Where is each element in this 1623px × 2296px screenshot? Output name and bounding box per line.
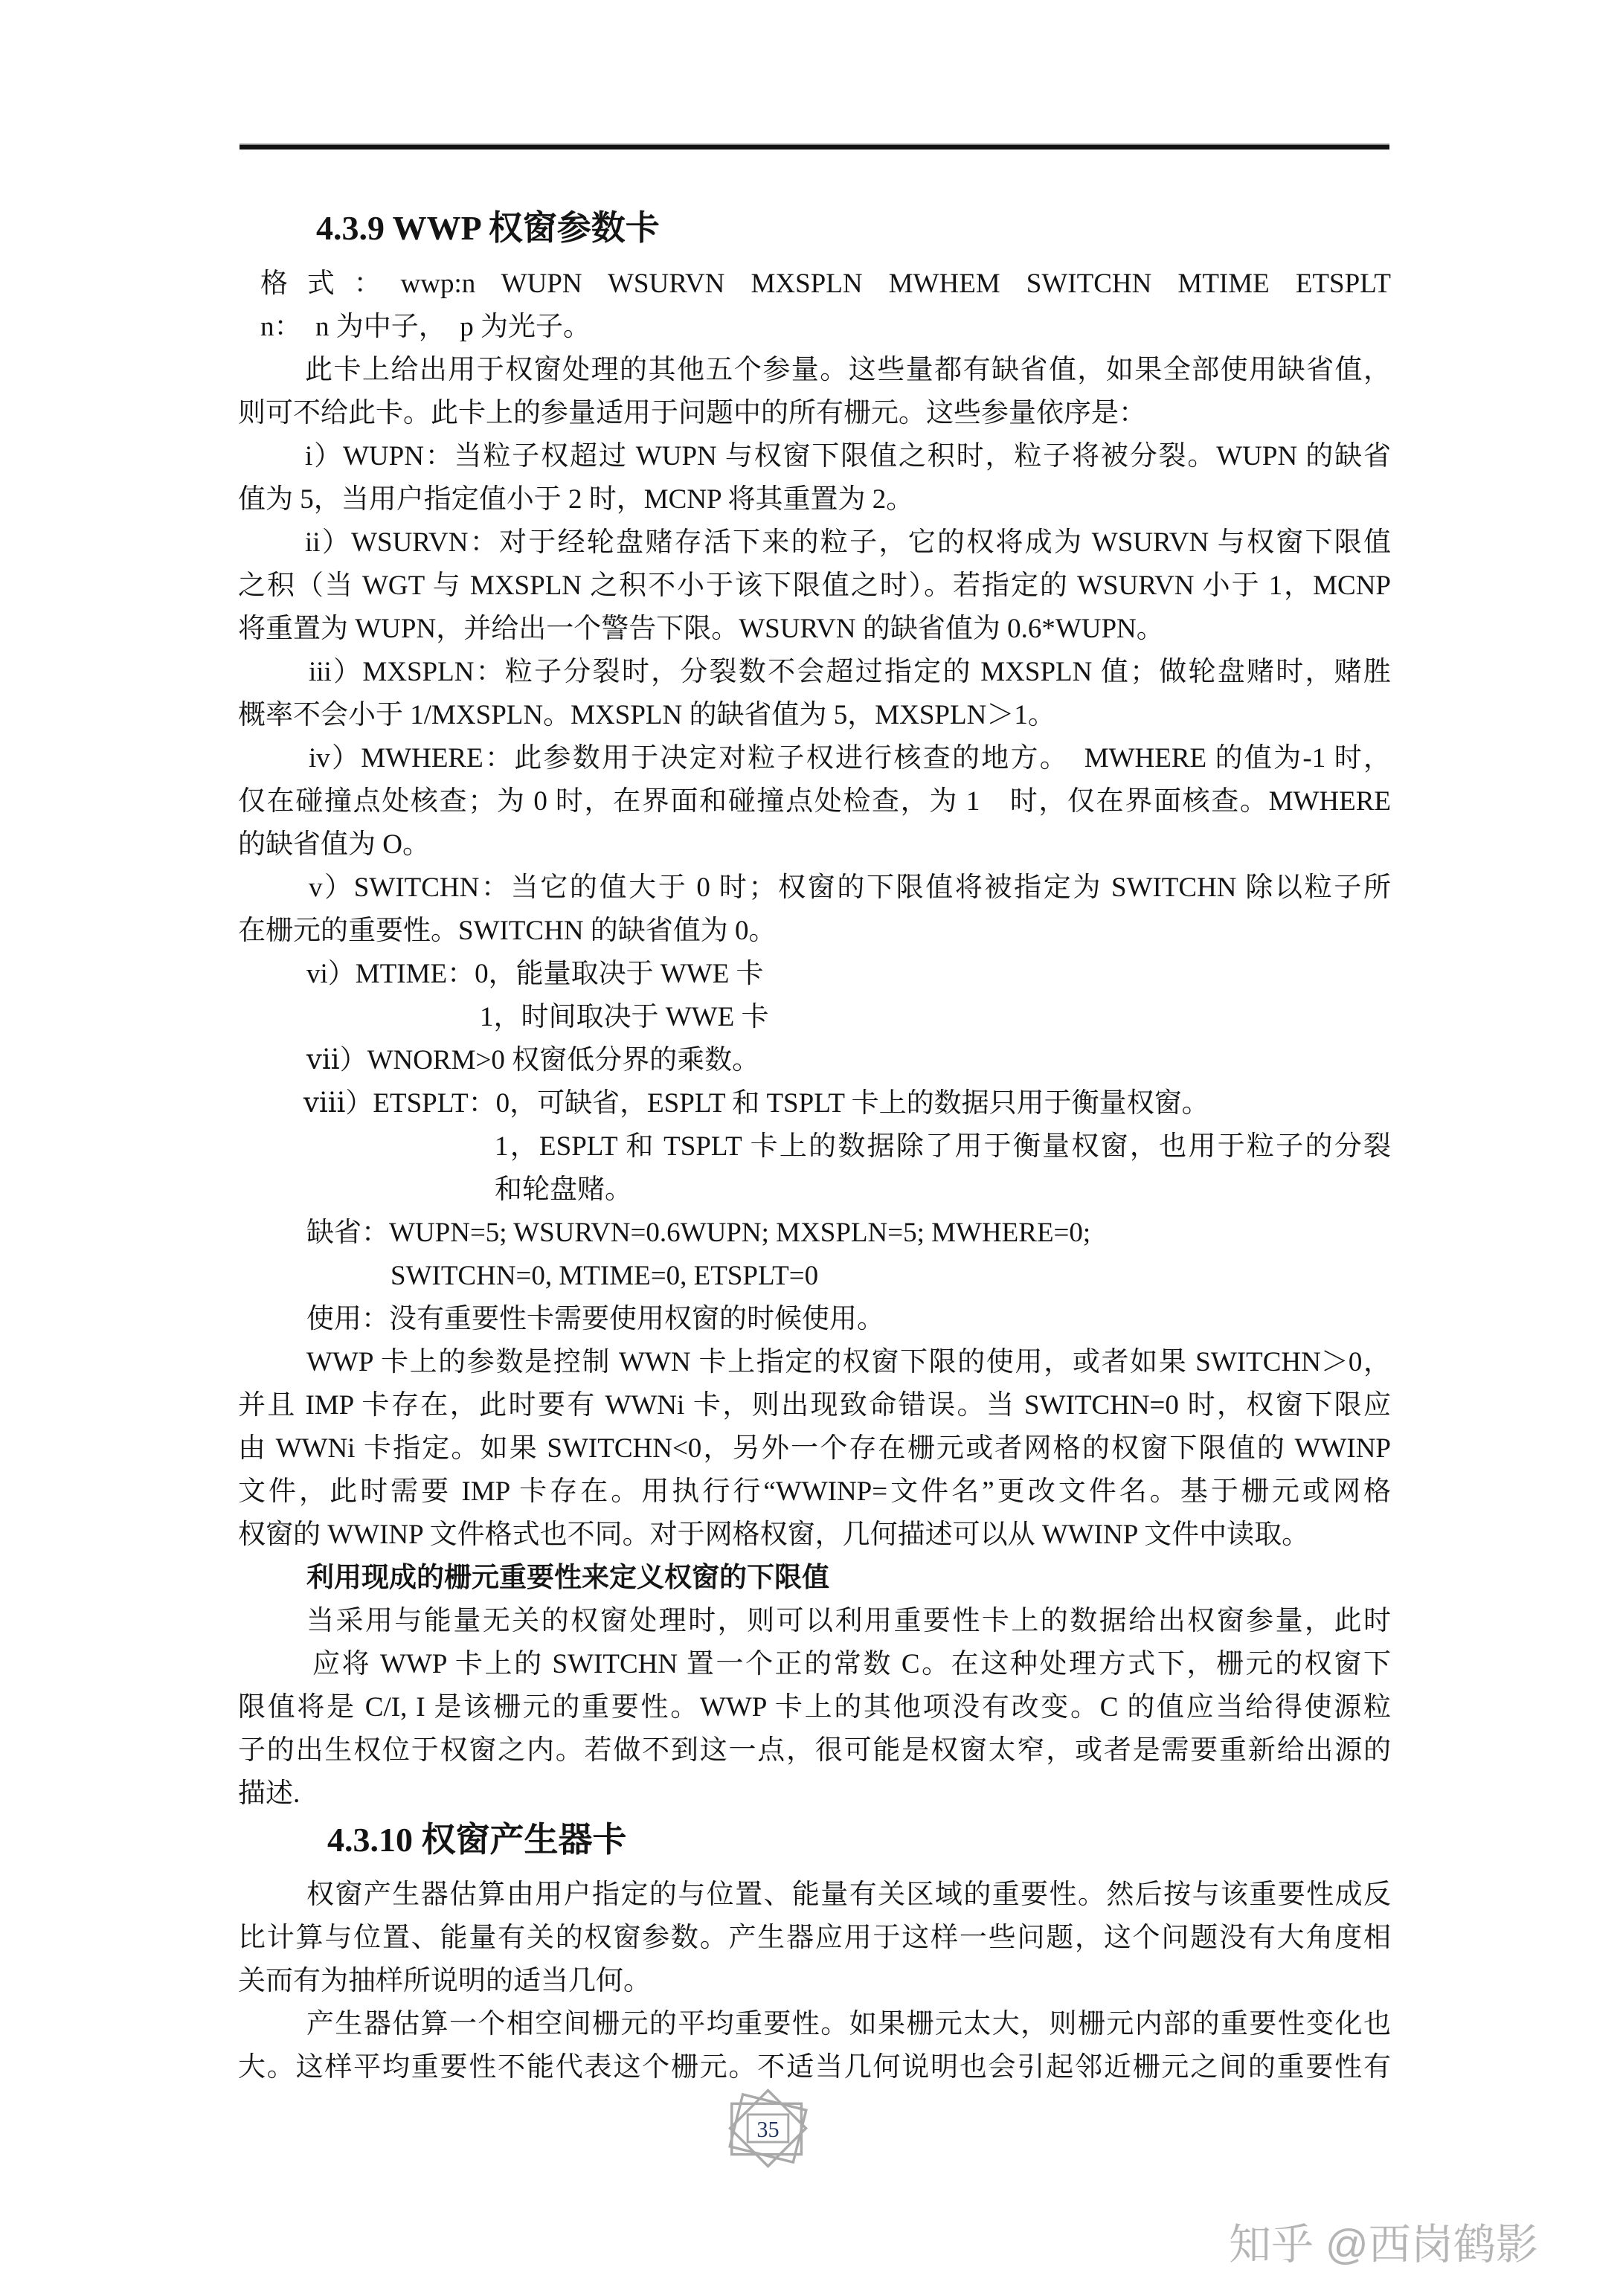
header-rule xyxy=(240,144,1389,149)
text-line: 描述. xyxy=(238,1772,1391,1816)
text-line: 限值将是 C/I, I 是该栅元的重要性。WWP 卡上的其他项没有改变。C 的值… xyxy=(238,1686,1391,1729)
text-line: 的缺省值为 O。 xyxy=(238,823,1391,866)
section-heading: 4.3.9 WWP 权窗参数卡 xyxy=(316,204,1391,253)
text-line: ii）WSURVN：对于经轮盘赌存活下来的粒子，它的权将成为 WSURVN 与权… xyxy=(305,521,1391,565)
text-line: 在栅元的重要性。SWITCHN 的缺省值为 0。 xyxy=(238,910,1391,953)
page-number-ornament: 35 xyxy=(723,2085,814,2173)
text-line: 和轮盘赌。 xyxy=(495,1168,1391,1212)
text-line: 1，ESPLT 和 TSPLT 卡上的数据除了用于衡量权窗，也用于粒子的分裂 xyxy=(495,1125,1391,1168)
text-line: SWITCHN=0, MTIME=0, ETSPLT=0 xyxy=(391,1255,1391,1298)
page-number: 35 xyxy=(756,2117,779,2142)
text-line: 并且 IMP 卡存在，此时要有 WWNi 卡，则出现致命错误。当 SWITCHN… xyxy=(238,1384,1391,1427)
text-line: v）SWITCHN：当它的值大于 0 时；权窗的下限值将被指定为 SWITCHN… xyxy=(309,866,1391,910)
text-line: n： n 为中子， p 为光子。 xyxy=(260,306,1391,349)
star-ornament-icon: 35 xyxy=(723,2085,814,2173)
text-line: 值为 5，当用户指定值小于 2 时，MCNP 将其重置为 2。 xyxy=(238,478,1391,521)
text-line: 权窗的 WWINP 文件格式也不同。对于网格权窗，几何描述可以从 WWINP 文… xyxy=(238,1514,1391,1557)
text-line: 则可不给此卡。此卡上的参量适用于问题中的所有栅元。这些参量依序是： xyxy=(238,392,1391,435)
text-line: 比计算与位置、能量有关的权窗参数。产生器应用于这样一些问题，这个问题没有大角度相 xyxy=(238,1917,1391,1960)
text-line: WWP 卡上的参数是控制 WWN 卡上指定的权窗下限的使用，或者如果 SWITC… xyxy=(306,1341,1391,1384)
text-line: 仅在碰撞点处核查；为 0 时，在界面和碰撞点处检查，为 1 时，仅在界面核查。M… xyxy=(238,780,1391,823)
text-line: 利用现成的栅元重要性来定义权窗的下限值 xyxy=(306,1557,1391,1600)
text-line: vi）MTIME：0，能量取决于 WWE 卡 xyxy=(306,953,1391,996)
text-line: ⅷ）ETSPLT：0，可缺省，ESPLT 和 TSPLT 卡上的数据只用于衡量权… xyxy=(303,1082,1391,1125)
text-line: 使用：没有重要性卡需要使用权窗的时候使用。 xyxy=(306,1298,1391,1341)
text-line: 关而有为抽样所说明的适当几何。 xyxy=(238,1960,1391,2003)
section-heading: 4.3.10 权窗产生器卡 xyxy=(327,1816,1391,1865)
text-line: 概率不会小于 1/MXSPLN。MXSPLN 的缺省值为 5，MXSPLN＞1。 xyxy=(238,694,1391,737)
text-line: 将重置为 WUPN，并给出一个警告下限。WSURVN 的缺省值为 0.6*WUP… xyxy=(238,608,1391,651)
text-line: iv）MWHERE：此参数用于决定对粒子权进行核查的地方。 MWHERE 的值为… xyxy=(309,737,1391,780)
text-line: 此卡上给出用于权窗处理的其他五个参量。这些量都有缺省值，如果全部使用缺省值， xyxy=(305,349,1391,392)
text-line: ⅶ）WNORM>0 权窗低分界的乘数。 xyxy=(306,1039,1391,1082)
text-line: 格式：wwp:n WUPN WSURVN MXSPLN MWHEM SWITCH… xyxy=(260,263,1391,306)
text-line: 当采用与能量无关的权窗处理时，则可以利用重要性卡上的数据给出权窗参量，此时 xyxy=(306,1600,1391,1643)
text-line: 文件，此时需要 IMP 卡存在。用执行行“WWINP=文件名”更改文件名。基于栅… xyxy=(238,1470,1391,1514)
text-line: 应将 WWP 卡上的 SWITCHN 置一个正的常数 C。在这种处理方式下，栅元… xyxy=(312,1643,1391,1686)
text-line: i）WUPN：当粒子权超过 WUPN 与权窗下限值之积时，粒子将被分裂。WUPN… xyxy=(305,435,1391,478)
text-line: 子的出生权位于权窗之内。若做不到这一点，很可能是权窗太窄，或者是需要重新给出源的 xyxy=(238,1729,1391,1772)
watermark: 知乎 @西岗鹤影 xyxy=(1229,2215,1616,2274)
text-line: iii）MXSPLN：粒子分裂时，分裂数不会超过指定的 MXSPLN 值；做轮盘… xyxy=(309,651,1391,694)
text-line: 1，时间取决于 WWE 卡 xyxy=(480,996,1391,1039)
text-line: 权窗产生器估算由用户指定的与位置、能量有关区域的重要性。然后按与该重要性成反 xyxy=(306,1874,1391,1917)
text-line: 之积（当 WGT 与 MXSPLN 之积不小于该下限值之时）。若指定的 WSUR… xyxy=(238,565,1391,608)
text-line: 缺省：WUPN=5; WSURVN=0.6WUPN; MXSPLN=5; MWH… xyxy=(306,1212,1391,1255)
text-line: 大。这样平均重要性不能代表这个栅元。不适当几何说明也会引起邻近栅元之间的重要性有 xyxy=(238,2046,1391,2089)
text-line: 由 WWNi 卡指定。如果 SWITCHN<0，另外一个存在栅元或者网格的权窗下… xyxy=(238,1427,1391,1470)
document-page: 4.3.9 WWP 权窗参数卡格式：wwp:n WUPN WSURVN MXSP… xyxy=(0,0,1623,2296)
text-line: 产生器估算一个相空间栅元的平均重要性。如果栅元太大，则栅元内部的重要性变化也 xyxy=(306,2003,1391,2046)
